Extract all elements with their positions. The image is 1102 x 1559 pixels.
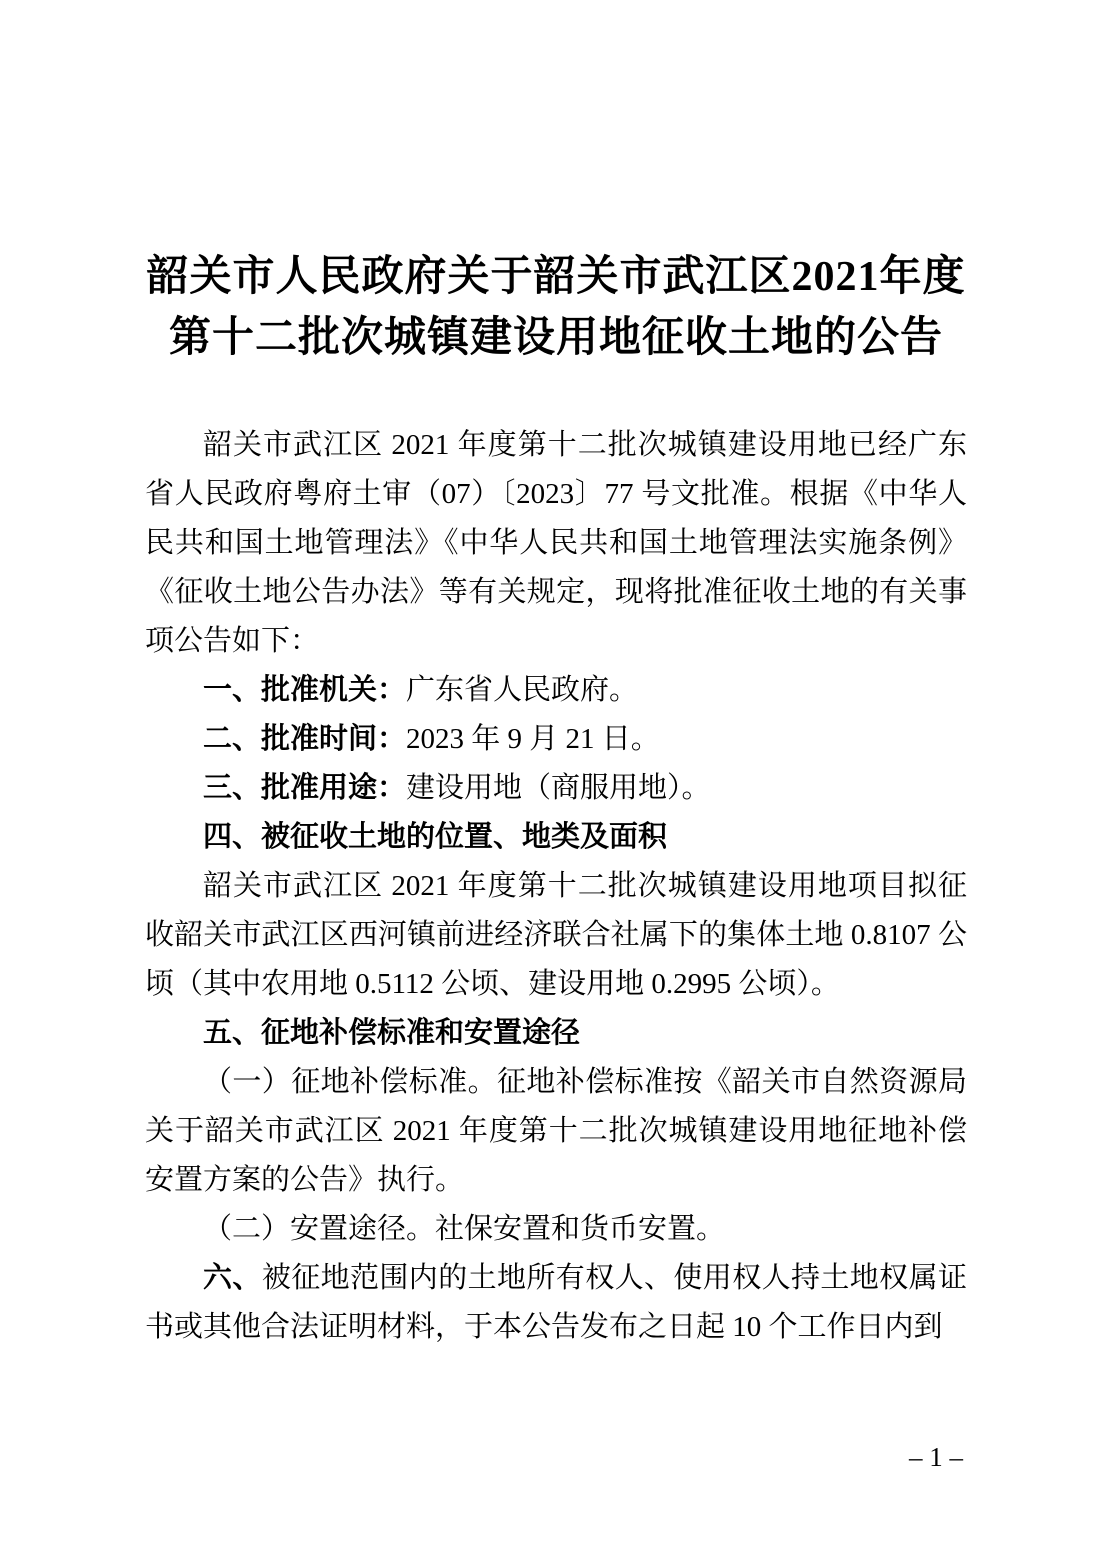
paragraph: 六、被征地范围内的土地所有权人、使用权人持土地权属证书或其他合法证明材料，于本公… <box>145 1254 967 1352</box>
paragraph-segment: 韶关市武江区 2021 年度第十二批次城镇建设用地项目拟征收韶关市武江区西河镇前… <box>145 870 967 1000</box>
paragraph-segment-bold: 五、征地补偿标准和安置途径 <box>203 1017 580 1049</box>
title-line-2: 第十二批次城镇建设用地征收土地的公告 <box>145 308 967 369</box>
paragraph-segment: （一）征地补偿标准。征地补偿标准按《韶关市自然资源局关于韶关市武江区 2021 … <box>145 1066 967 1196</box>
paragraph: 一、批准机关：广东省人民政府。 <box>145 666 967 715</box>
paragraph-segment: 2023 年 9 月 21 日。 <box>406 723 660 755</box>
paragraph-segment-bold: 二、批准时间： <box>203 723 406 755</box>
page-number: – 1 – <box>909 1441 963 1473</box>
paragraph: 五、征地补偿标准和安置途径 <box>145 1009 967 1058</box>
paragraph: （一）征地补偿标准。征地补偿标准按《韶关市自然资源局关于韶关市武江区 2021 … <box>145 1058 967 1205</box>
paragraph-segment: 韶关市武江区 2021 年度第十二批次城镇建设用地已经广东省人民政府粤府土审（0… <box>145 429 967 657</box>
document-content: 韶关市人民政府关于韶关市武江区2021年度 第十二批次城镇建设用地征收土地的公告… <box>145 247 967 1352</box>
document-body: 韶关市武江区 2021 年度第十二批次城镇建设用地已经广东省人民政府粤府土审（0… <box>145 421 967 1352</box>
paragraph-segment-bold: 六、 <box>203 1262 262 1294</box>
paragraph: 二、批准时间：2023 年 9 月 21 日。 <box>145 715 967 764</box>
paragraph: 三、批准用途：建设用地（商服用地）。 <box>145 764 967 813</box>
paragraph: 韶关市武江区 2021 年度第十二批次城镇建设用地项目拟征收韶关市武江区西河镇前… <box>145 862 967 1009</box>
paragraph-segment-bold: 四、被征收土地的位置、地类及面积 <box>203 821 667 853</box>
document-title: 韶关市人民政府关于韶关市武江区2021年度 第十二批次城镇建设用地征收土地的公告 <box>145 247 967 369</box>
title-line-1: 韶关市人民政府关于韶关市武江区2021年度 <box>145 247 967 308</box>
paragraph-segment: 建设用地（商服用地）。 <box>406 772 711 804</box>
document-page: 韶关市人民政府关于韶关市武江区2021年度 第十二批次城镇建设用地征收土地的公告… <box>0 0 1102 1559</box>
paragraph-segment: 被征地范围内的土地所有权人、使用权人持土地权属证书或其他合法证明材料，于本公告发… <box>145 1262 967 1343</box>
paragraph: 四、被征收土地的位置、地类及面积 <box>145 813 967 862</box>
paragraph-segment: 广东省人民政府。 <box>406 674 638 706</box>
paragraph-segment-bold: 一、批准机关： <box>203 674 406 706</box>
paragraph: （二）安置途径。社保安置和货币安置。 <box>145 1205 967 1254</box>
paragraph: 韶关市武江区 2021 年度第十二批次城镇建设用地已经广东省人民政府粤府土审（0… <box>145 421 967 666</box>
paragraph-segment-bold: 三、批准用途： <box>203 772 406 804</box>
paragraph-segment: （二）安置途径。社保安置和货币安置。 <box>203 1213 725 1245</box>
